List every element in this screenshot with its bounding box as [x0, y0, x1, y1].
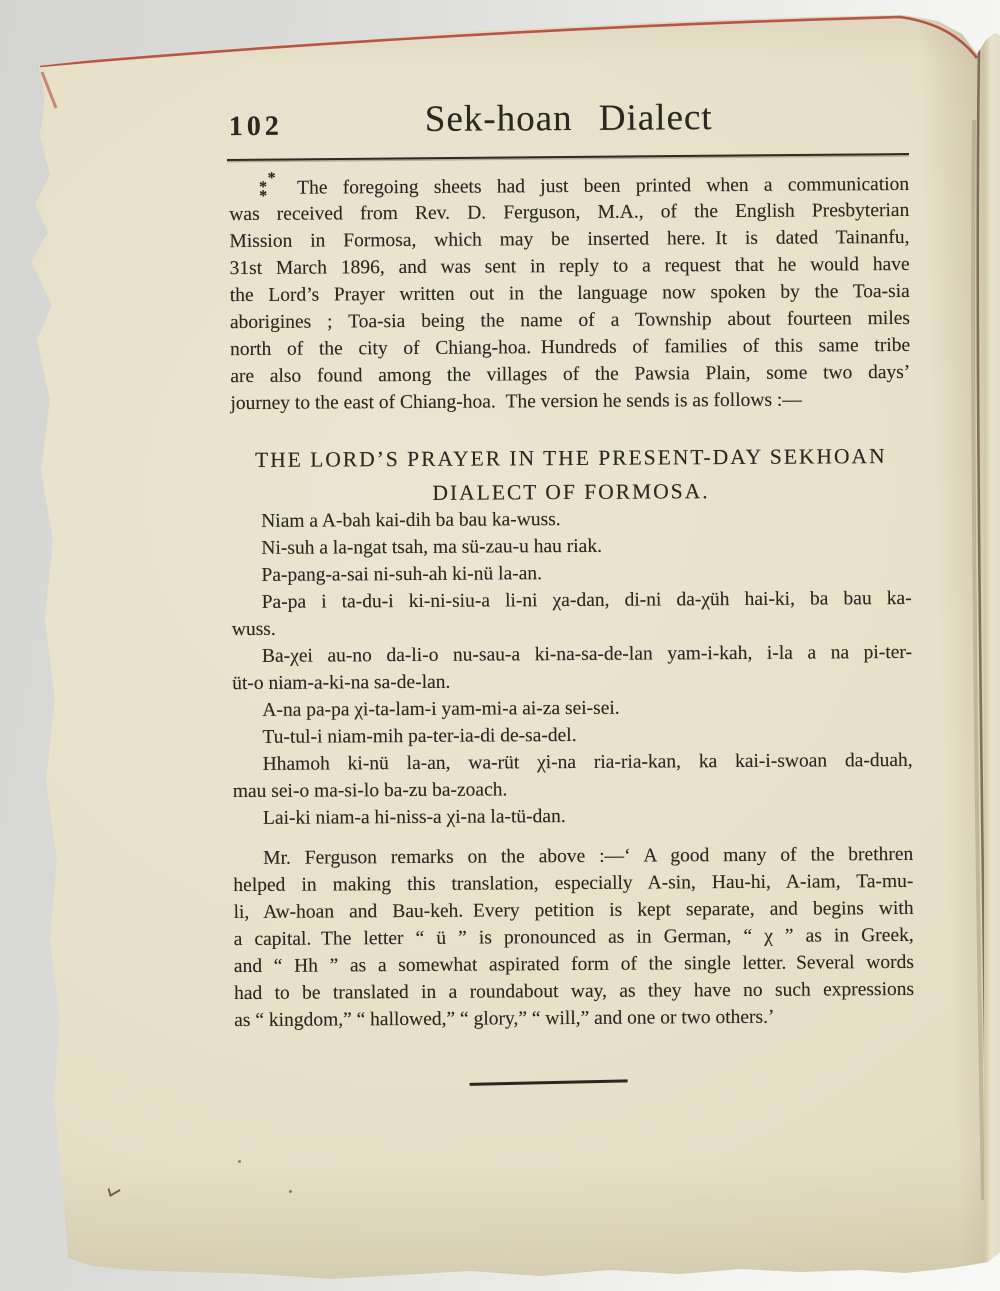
remarks-line: as “ kingdom,” “ hallowed,” “ glory,” “ … — [234, 1003, 914, 1034]
red-top-edge — [40, 17, 977, 66]
intro-lines: was received from Rev. D. Ferguson, M.A.… — [229, 197, 910, 417]
asterism-bottom: * — [259, 192, 289, 201]
prayer-line: Hhamoh ki-nü la-an, wa-rüt χi-na ria-ria… — [233, 747, 913, 778]
section-heading-line1: THE LORD’S PRAYER IN THE PRESENT-DAY SEK… — [231, 439, 911, 477]
prayer-line: Pa-pa i ta-du-i ki-ni-siu-a li-ni χa-dan… — [232, 585, 912, 616]
prayer-line: Lai-ki niam-a hi-niss-a χi-na la-tü-dan. — [233, 801, 913, 832]
page-speck — [108, 1183, 121, 1197]
running-title: Sek-hoan Dialect — [229, 95, 909, 142]
paper-fleck — [238, 1160, 241, 1163]
prayer-line: Ba-χei au-no da-li-o nu-sau-a ki-na-sa-d… — [232, 639, 912, 670]
intro-line: the Lord’s Prayer written out in the lan… — [230, 278, 910, 309]
asterism-mark: * ** — [259, 174, 289, 201]
paper-fleck — [289, 1190, 292, 1193]
section-heading: THE LORD’S PRAYER IN THE PRESENT-DAY SEK… — [231, 439, 911, 511]
remarks-paragraph: Mr. Ferguson remarks on the above :—‘ A … — [233, 841, 914, 1034]
intro-line: Mission in Formosa, which may be inserte… — [229, 224, 909, 255]
end-rule — [470, 1079, 628, 1085]
prayer-line: Niam a A-bah kai-dih ba bau ka-wuss. — [231, 504, 911, 535]
book-page: 102 Sek-hoan Dialect * **The foregoing s… — [0, 0, 1000, 1291]
intro-line: north of the city of Chiang-hoa. Hundred… — [230, 332, 910, 363]
prayer-line: Ni-suh a la-ngat tsah, ma sü-zau-u hau r… — [231, 531, 911, 562]
prayer-line: Tu-tul-i niam-mih pa-ter-ia-di de-sa-del… — [232, 720, 912, 751]
gutter-crease-shadow — [973, 120, 983, 1200]
photo-backdrop: 102 Sek-hoan Dialect * **The foregoing s… — [0, 0, 1000, 1291]
remarks-line: li, Aw-hoan and Bau-keh. Every petition … — [233, 895, 913, 926]
remarks-line: Mr. Ferguson remarks on the above :—‘ A … — [233, 841, 913, 872]
page-content: 102 Sek-hoan Dialect * **The foregoing s… — [228, 0, 908, 2]
remarks-line: had to be translated in a roundabout way… — [234, 976, 914, 1007]
prayer-line: wuss. — [232, 612, 912, 643]
intro-first-line: * **The foregoing sheets had just been p… — [229, 170, 909, 201]
prayer-line: A-na pa-pa χi-ta-lam-i yam-mi-a ai-za se… — [232, 693, 912, 724]
intro-line: 31st March 1896, and was sent in reply t… — [230, 251, 910, 282]
prayer-line: Pa-pang-a-sai ni-suh-ah ki-nü la-an. — [231, 558, 911, 589]
remarks-line: helped in making this translation, espec… — [233, 868, 913, 899]
intro-line: journey to the east of Chiang-hoa. The v… — [230, 386, 910, 417]
prayer-line: mau sei-o ma-si-lo ba-zu ba-zoach. — [233, 774, 913, 805]
remarks-line: a capital. The letter “ ü ” is pronounce… — [234, 922, 914, 953]
red-corner-smudge — [42, 72, 56, 108]
prayer-line: üt-o niam-a-ki-na sa-de-lan. — [232, 666, 912, 697]
intro-first-line-text: The foregoing sheets had just been print… — [297, 174, 909, 199]
remarks-line: and “ Hh ” as a somewhat aspirated form … — [234, 949, 914, 980]
header-rule — [227, 153, 909, 161]
intro-line: are also found among the villages of the… — [230, 359, 910, 390]
intro-paragraph: * **The foregoing sheets had just been p… — [229, 170, 910, 417]
intro-line: aborigines ; Toa-sia being the name of a… — [230, 305, 910, 336]
prayer-text: Niam a A-bah kai-dih ba bau ka-wuss.Ni-s… — [231, 504, 913, 832]
next-page-edge — [984, 30, 1000, 1265]
intro-line: was received from Rev. D. Ferguson, M.A.… — [229, 197, 909, 228]
